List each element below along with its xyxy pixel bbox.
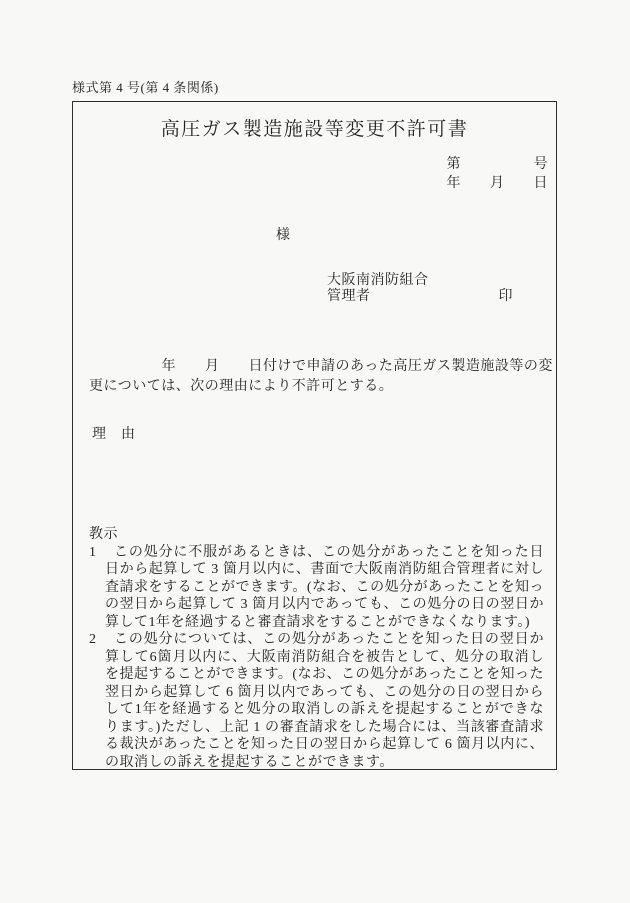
ref-number-block: 第 号 年 月 日 (447, 155, 549, 193)
recipient-honorific: 様 (276, 224, 291, 244)
seal-placeholder: 印 (499, 289, 514, 305)
document-frame: 高圧ガス製造施設等変更不許可書 第 号 年 月 日 様 大阪南消防組合 管理者 … (72, 101, 557, 770)
instruction-line: 算して1年を経過すると審査請求をすることができなくなります。) (105, 614, 544, 632)
issuer-title-row: 管理者 印 (327, 289, 513, 305)
instruction-item-number: 2 (89, 631, 97, 649)
instruction-item-2: 2 この処分については、この処分があったことを知った日の翌日から起 算して6箇月… (89, 631, 544, 771)
instruction-section: 教示 1 この処分に不服があるときは、この処分があったことを知った日の翌 日から… (89, 526, 544, 771)
body-line-2: 更については、次の理由により不許可とする。 (89, 377, 544, 397)
instruction-line: を提起することができます。(なお、この処分があったことを知った日の (105, 666, 544, 684)
instruction-line: 査請求をすることができます。(なお、この処分があったことを知った日 (105, 579, 544, 597)
instruction-line: ります。)ただし、上記 1 の審査請求をした場合には、当該審査請求に対す (105, 719, 544, 737)
instruction-line: この処分に不服があるときは、この処分があったことを知った日の翌 (105, 544, 544, 562)
instruction-line: の取消しの訴えを提起することができます。 (105, 754, 544, 772)
instruction-item-1: 1 この処分に不服があるときは、この処分があったことを知った日の翌 日から起算し… (89, 544, 544, 632)
body-paragraph: 年 月 日付けで申請のあった高圧ガス製造施設等の変 更については、次の理由により… (89, 357, 544, 396)
instruction-item-number: 1 (89, 544, 97, 562)
doc-number-line: 第 号 (447, 155, 549, 174)
instruction-line: る裁決があったことを知った日の翌日から起算して 6 箇月以内に、処分 (105, 736, 544, 754)
instruction-heading: 教示 (89, 526, 544, 544)
document-title: 高圧ガス製造施設等変更不許可書 (73, 114, 556, 141)
doc-date-line: 年 月 日 (447, 174, 549, 193)
instruction-line: 算して6箇月以内に、大阪南消防組合を被告として、処分の取消しの訴え (105, 649, 544, 667)
instruction-line: この処分については、この処分があったことを知った日の翌日から起 (105, 631, 544, 649)
issuer-organization: 大阪南消防組合 (327, 273, 513, 289)
instruction-line: の翌日から起算して 3 箇月以内であっても、この処分の日の翌日から起 (105, 596, 544, 614)
issuer-title: 管理者 (327, 289, 371, 305)
body-line-1: 年 月 日付けで申請のあった高圧ガス製造施設等の変 (89, 357, 544, 377)
instruction-line: して1年を経過すると処分の取消しの訴えを提起することができなくな (105, 701, 544, 719)
reason-label: 理 由 (92, 423, 136, 443)
issuer-block: 大阪南消防組合 管理者 印 (327, 273, 513, 304)
form-number-label: 様式第 4 号(第 4 条関係) (72, 77, 219, 96)
document-page: 様式第 4 号(第 4 条関係) 高圧ガス製造施設等変更不許可書 第 号 年 月… (0, 0, 630, 903)
instruction-line: 日から起算して 3 箇月以内に、書面で大阪南消防組合管理者に対して審 (105, 561, 544, 579)
instruction-line: 翌日から起算して 6 箇月以内であっても、この処分の日の翌日から起算 (105, 684, 544, 702)
